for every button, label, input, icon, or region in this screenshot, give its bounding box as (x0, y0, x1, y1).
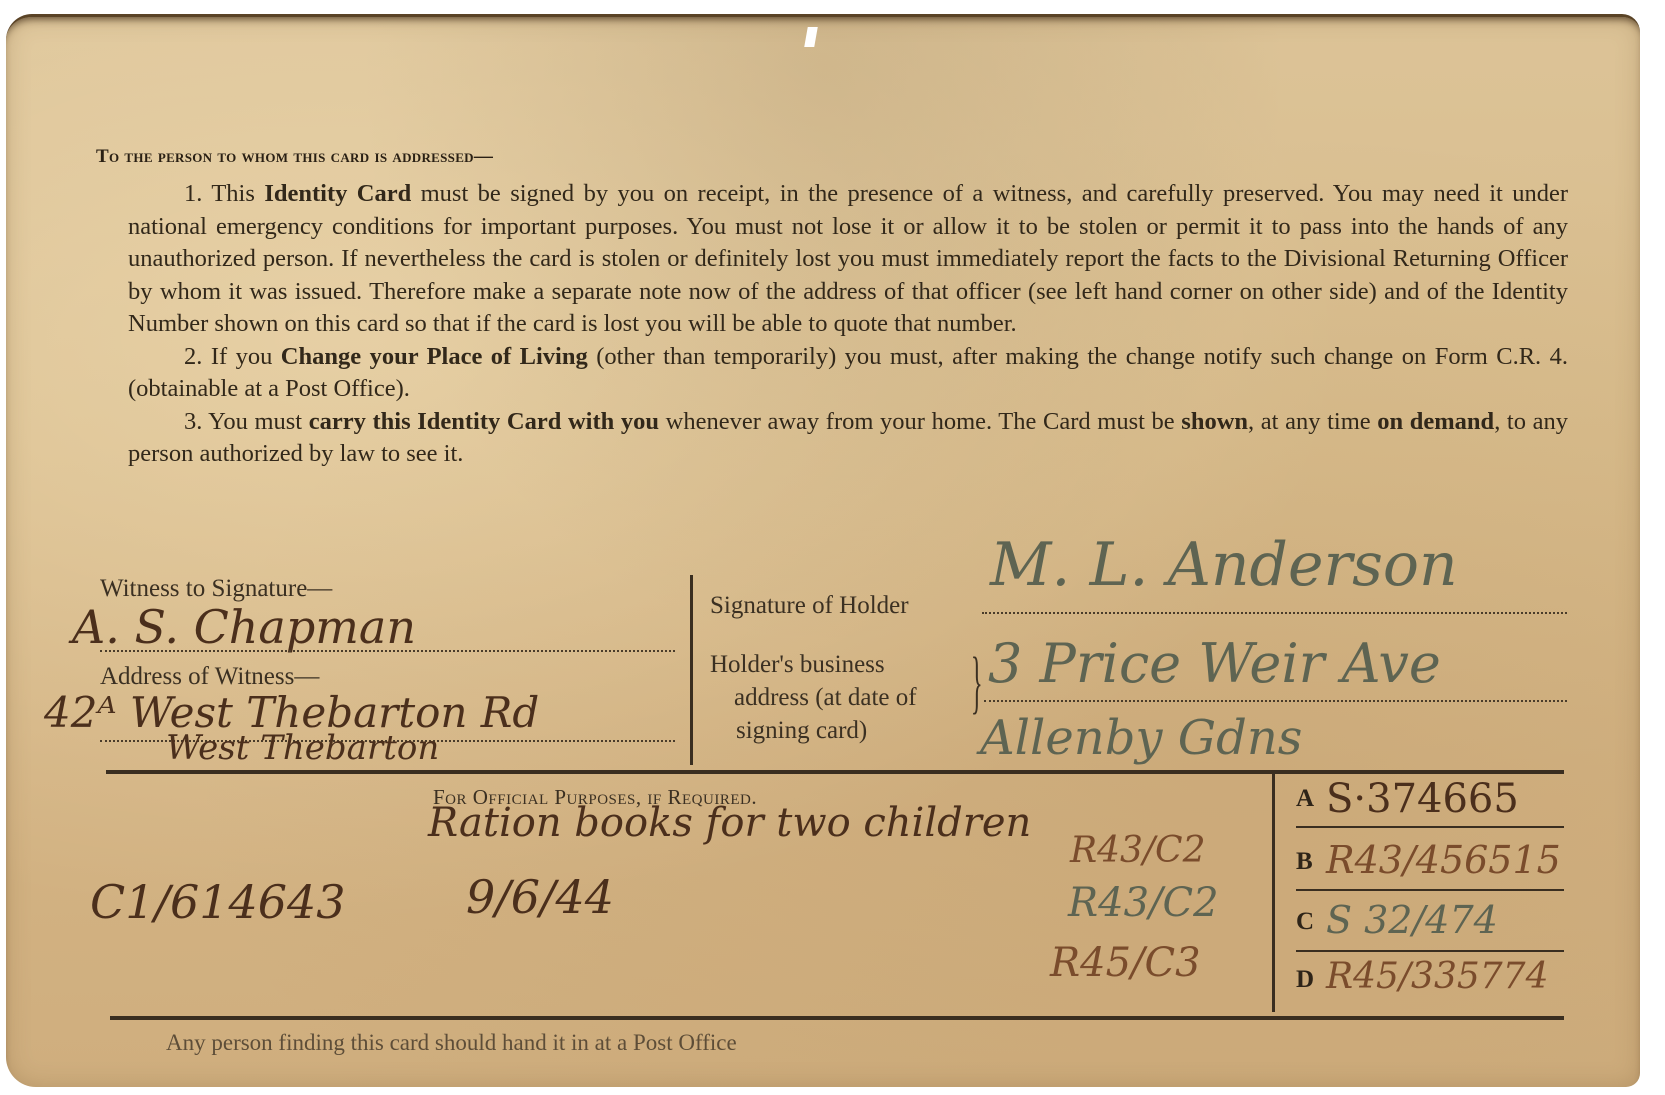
ration-letter-a: A (1296, 785, 1314, 813)
ration-value-a: S·374665 (1326, 776, 1519, 822)
business-label-3: signing card) (736, 717, 867, 745)
witness-signature-line (100, 650, 675, 652)
official-note: Ration books for two children (428, 800, 1031, 846)
ration-row-line-c (1296, 950, 1564, 952)
ration-value-b: R43/456515 (1326, 838, 1561, 882)
official-code-1: R43/C2 (1070, 830, 1206, 871)
official-reference: C1/614643 (90, 875, 346, 929)
instruction-2: 2. If you Change your Place of Living (o… (128, 341, 1568, 406)
witness-signature: A. S. Chapman (72, 600, 416, 654)
ration-letter-b: B (1296, 848, 1313, 876)
holder-signature: M. L. Anderson (990, 530, 1458, 600)
ration-letter-d: D (1296, 966, 1314, 994)
official-code-3: R45/C3 (1050, 940, 1201, 986)
instructions-text: 1. This Identity Card must be signed by … (128, 178, 1568, 471)
witness-address-label: Address of Witness— (100, 663, 319, 691)
instruction-1: 1. This Identity Card must be signed by … (128, 178, 1568, 341)
holder-signature-line (982, 612, 1567, 614)
ration-letter-c: C (1296, 908, 1314, 936)
card-tear-notch (804, 27, 818, 47)
section-divider (690, 575, 693, 765)
instruction-3: 3. You must carry this Identity Card wit… (128, 406, 1568, 471)
business-address-line-1 (984, 700, 1567, 702)
footer-text: Any person finding this card should hand… (166, 1030, 737, 1056)
business-address-line2: Allenby Gdns (980, 710, 1302, 766)
ration-row-line-b (1296, 889, 1564, 891)
official-date: 9/6/44 (466, 870, 614, 924)
business-address-line1: 3 Price Weir Ave (988, 632, 1441, 695)
card-heading: To the person to whom this card is addre… (96, 146, 493, 168)
business-label-1: Holder's business (710, 651, 885, 679)
witness-signature-label: Witness to Signature— (100, 575, 332, 603)
brace-icon: } (971, 648, 983, 718)
ration-row-line-a (1296, 826, 1564, 828)
witness-address-line2: West Thebarton (166, 728, 439, 768)
ration-value-d: R45/335774 (1326, 956, 1548, 997)
holder-signature-label: Signature of Holder (710, 592, 909, 620)
main-horizontal-rule (106, 770, 1564, 774)
business-label-2: address (at date of (734, 684, 917, 712)
bottom-horizontal-rule (110, 1016, 1564, 1020)
ration-grid-divider (1272, 772, 1275, 1012)
official-code-2: R43/C2 (1068, 880, 1219, 926)
ration-value-c: S 32/474 (1326, 898, 1498, 942)
